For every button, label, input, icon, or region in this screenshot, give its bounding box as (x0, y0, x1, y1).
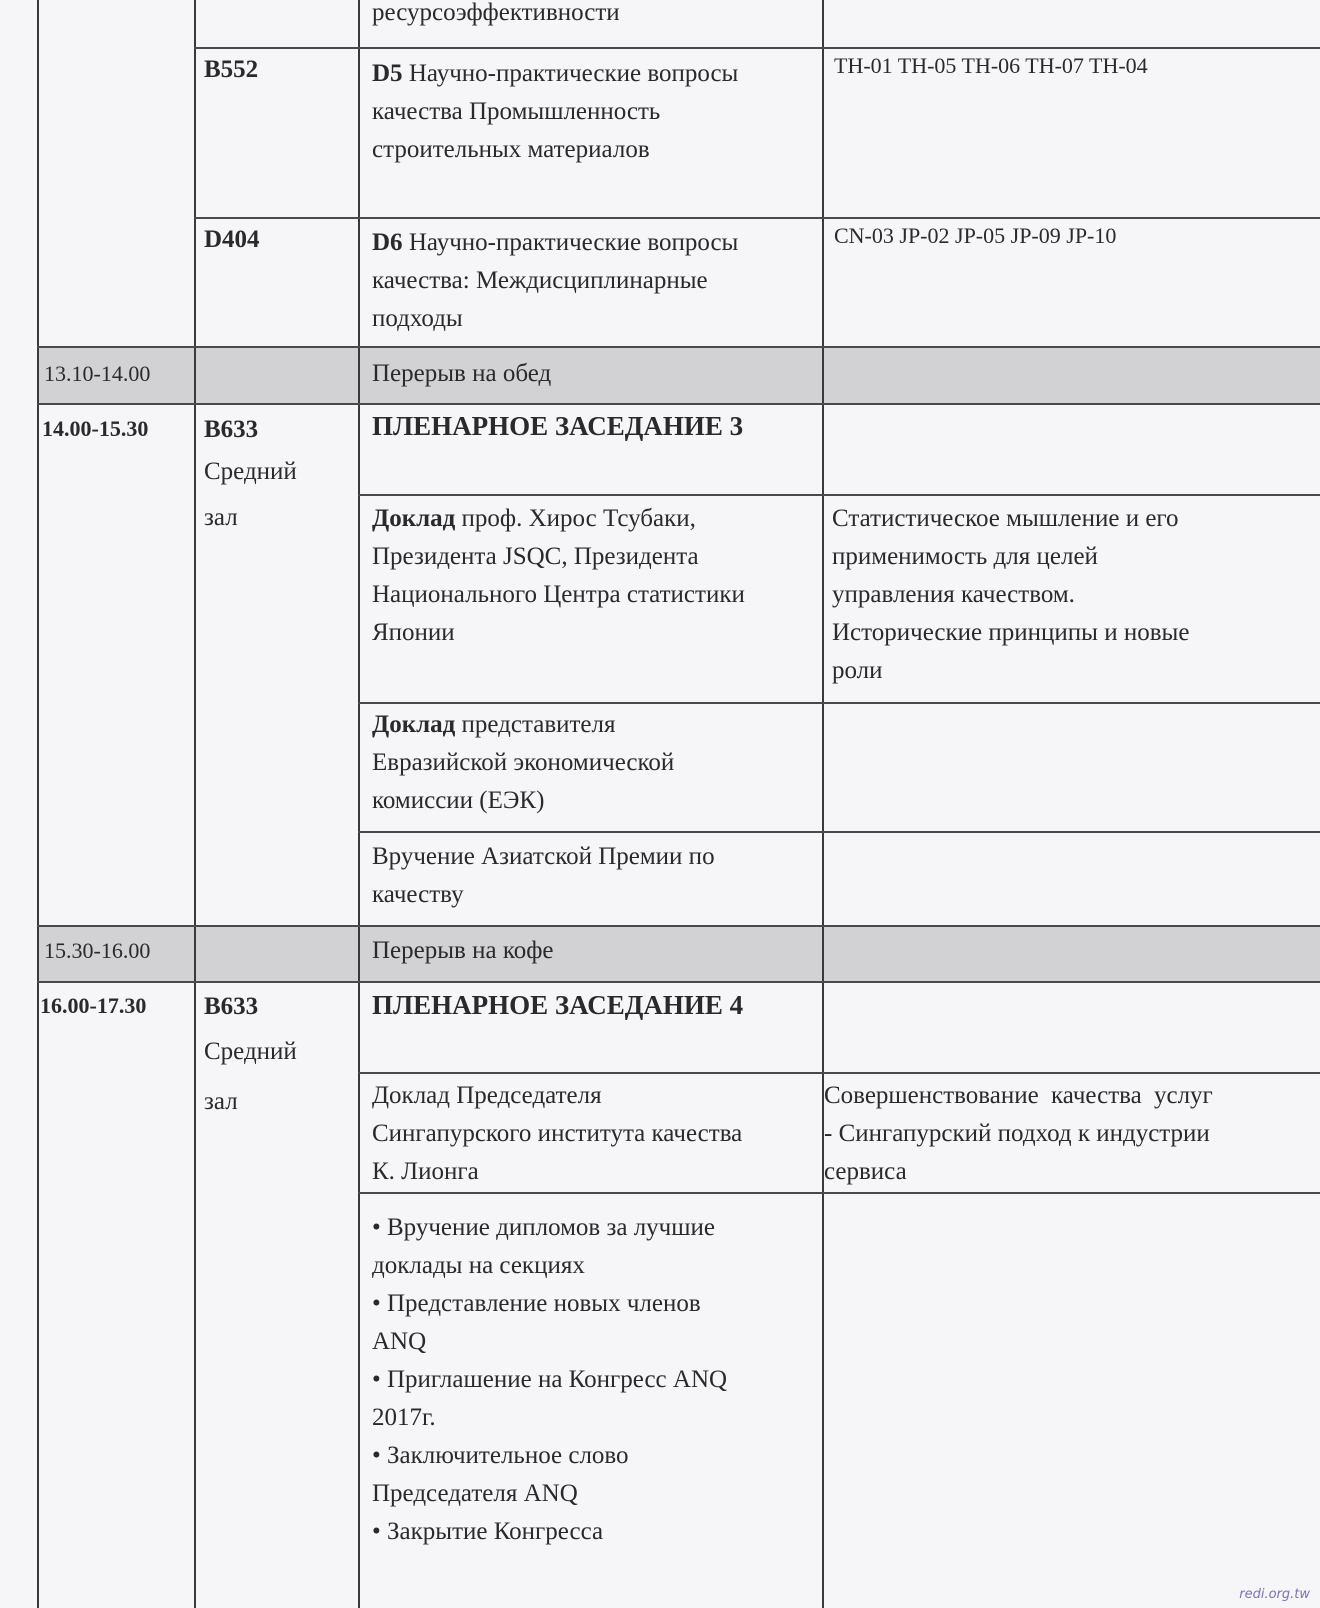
watermark: redi.org.tw (1239, 1587, 1310, 1602)
session-title-line: Научно-практические вопросы (409, 60, 739, 87)
break-label: Перерыв на кофе (372, 932, 554, 970)
break-time: 15.30-16.00 (44, 932, 150, 970)
room-name-line: Средний (204, 449, 297, 495)
talk-line: Японии (372, 614, 745, 652)
talk-tsubaki: Доклад проф. Хирос Тсубаки, Президента J… (372, 500, 745, 652)
talk-line: Вручение Азиатской Премии по (372, 838, 715, 876)
topic-line: роли (832, 652, 1189, 690)
talk-liong: Доклад Председателя Сингапурского инстит… (372, 1077, 742, 1191)
topic-line: Совершенствование качества услуг (824, 1077, 1213, 1115)
row-divider (37, 925, 1320, 927)
closing-item: Председателя ANQ (372, 1475, 727, 1513)
topic-line: Исторические принципы и новые (832, 614, 1189, 652)
session-title-line: строительных материалов (372, 131, 738, 169)
session-time: 16.00-17.30 (40, 987, 146, 1025)
row-divider (194, 217, 1320, 219)
column-divider-room-session (358, 0, 360, 1608)
talk-line: К. Лионга (372, 1153, 742, 1191)
topic-line: управления качеством. (832, 576, 1189, 614)
talk-line: Евразийской экономической (372, 744, 674, 782)
closing-item: • Вручение дипломов за лучшие (372, 1209, 727, 1247)
closing-items: • Вручение дипломов за лучшие доклады на… (372, 1209, 727, 1551)
topic-line: сервиса (824, 1153, 1213, 1191)
session-code: D5 (372, 60, 403, 87)
session-title-line: Научно-практические вопросы (409, 229, 739, 256)
talk-line: Президента JSQC, Президента (372, 538, 745, 576)
row-divider (358, 831, 1320, 833)
talk-line: Доклад Председателя (372, 1077, 742, 1115)
talk-line: комиссии (ЕЭК) (372, 782, 674, 820)
room-name-line: зал (204, 495, 297, 541)
table-border-left (37, 0, 39, 1608)
talk-line: Национального Центра статистики (372, 576, 745, 614)
closing-item: ANQ (372, 1323, 727, 1361)
talk-line: представителя (455, 711, 615, 738)
talk-label: Доклад (372, 505, 455, 532)
row-divider (37, 346, 1320, 348)
row-divider (358, 1192, 1320, 1194)
session-title-line: качества: Междисциплинарные (372, 262, 738, 300)
column-divider-session-codes (822, 0, 824, 1608)
session-title-line: подходы (372, 300, 738, 338)
paper-codes: CN-03 JP-02 JP-05 JP-09 JP-10 (834, 217, 1116, 255)
row-divider (358, 494, 1320, 496)
topic-line: применимость для целей (832, 538, 1189, 576)
topic-line: Статистическое мышление и его (832, 500, 1189, 538)
break-label: Перерыв на обед (372, 355, 551, 393)
plenary-title: ПЛЕНАРНОЕ ЗАСЕДАНИЕ 4 (372, 986, 743, 1024)
row-divider (37, 981, 1320, 983)
talk-line: Сингапурского института качества (372, 1115, 742, 1153)
session-code: D6 (372, 229, 403, 256)
talk-topic: Совершенствование качества услуг - Синга… (824, 1077, 1213, 1191)
session-d6: D6 Научно-практические вопросы качества:… (372, 224, 738, 338)
topic-line: - Сингапурский подход к индустрии (824, 1115, 1213, 1153)
room-name-line: зал (204, 1077, 297, 1127)
schedule-page: ресурсоэффективности B552 D5 Научно-прак… (0, 0, 1320, 1608)
room-name: Средний зал (204, 1027, 297, 1127)
talk-label: Доклад (372, 711, 455, 738)
talk-eec: Доклад представителя Евразийской экономи… (372, 706, 674, 820)
session-title-tail: ресурсоэффективности (372, 0, 620, 32)
room-number: B633 (204, 988, 258, 1026)
session-title-line: качества Промышленность (372, 93, 738, 131)
closing-item: • Приглашение на Конгресс ANQ (372, 1361, 727, 1399)
row-divider (194, 47, 1320, 49)
break-time: 13.10-14.00 (44, 355, 150, 393)
room-number: D404 (204, 221, 260, 259)
row-divider (37, 403, 1320, 405)
paper-codes: TH-01 TH-05 TH-06 TH-07 TH-04 (834, 47, 1148, 85)
room-number: B633 (204, 411, 258, 449)
row-divider (358, 1072, 1320, 1074)
lunch-break-band (38, 347, 1320, 404)
closing-item: • Закрытие Конгресса (372, 1513, 727, 1551)
coffee-break-band (38, 926, 1320, 982)
plenary-title: ПЛЕНАРНОЕ ЗАСЕДАНИЕ 3 (372, 407, 743, 445)
room-name-line: Средний (204, 1027, 297, 1077)
talk-topic: Статистическое мышление и его применимос… (832, 500, 1189, 690)
closing-item: 2017г. (372, 1399, 727, 1437)
closing-item: доклады на секциях (372, 1247, 727, 1285)
talk-line: качеству (372, 876, 715, 914)
room-name: Средний зал (204, 449, 297, 541)
award-ceremony: Вручение Азиатской Премии по качеству (372, 838, 715, 914)
column-divider-time-room (194, 0, 196, 1608)
row-divider (358, 702, 1320, 704)
session-d5: D5 Научно-практические вопросы качества … (372, 55, 738, 169)
talk-line: проф. Хирос Тсубаки, (455, 505, 696, 532)
closing-item: • Заключительное слово (372, 1437, 727, 1475)
closing-item: • Представление новых членов (372, 1285, 727, 1323)
session-time: 14.00-15.30 (42, 410, 148, 448)
room-number: B552 (204, 51, 258, 89)
